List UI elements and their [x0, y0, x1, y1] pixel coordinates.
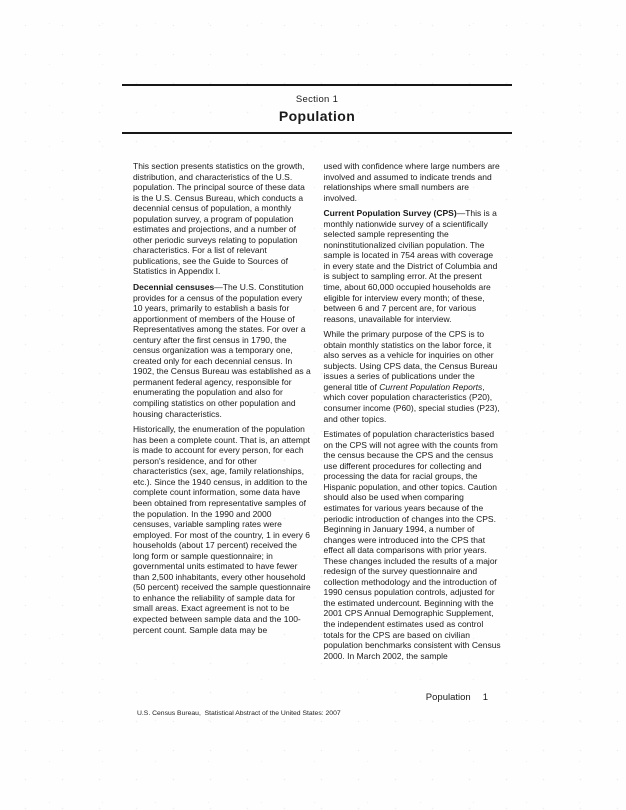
section-label: Section 1: [122, 95, 512, 105]
left-column: This section presents statistics on the …: [133, 161, 312, 661]
paragraph-text: —The U.S. Constitution provides for a ce…: [133, 282, 311, 419]
section-header: Section 1 Population: [122, 84, 512, 134]
paragraph-cps-purpose: While the primary purpose of the CPS is …: [324, 329, 503, 424]
paragraph-cps: Current Population Survey (CPS)—This is …: [324, 208, 503, 324]
page-title: Population: [122, 109, 512, 124]
running-footer: Population1: [380, 692, 488, 703]
paragraph-enumeration: Historically, the enumeration of the pop…: [133, 424, 312, 635]
paragraph-text: This section presents statistics on the …: [133, 161, 305, 276]
body-columns: This section presents statistics on the …: [133, 161, 502, 661]
paragraph-text: used with confidence where large numbers…: [324, 161, 500, 203]
paragraph-continuation: used with confidence where large numbers…: [324, 161, 503, 203]
paragraph-text: —This is a monthly nationwide survey of …: [324, 208, 498, 323]
term-decennial-censuses: Decennial censuses: [133, 282, 214, 292]
publication-title: Current Population Reports: [379, 382, 482, 392]
page-number: 1: [483, 692, 488, 703]
source-line: U.S. Census Bureau, Statistical Abstract…: [137, 710, 341, 718]
running-footer-title: Population: [426, 692, 471, 703]
right-column: used with confidence where large numbers…: [324, 161, 503, 661]
term-cps: Current Population Survey (CPS): [324, 208, 457, 218]
paragraph-estimates: Estimates of population characteristics …: [324, 429, 503, 661]
paragraph-text: Historically, the enumeration of the pop…: [133, 424, 311, 634]
paragraph-text: Estimates of population characteristics …: [324, 429, 501, 660]
paragraph-decennial-censuses: Decennial censuses—The U.S. Constitution…: [133, 282, 312, 419]
document-page: Section 1 Population This section presen…: [0, 0, 626, 810]
paragraph-intro: This section presents statistics on the …: [133, 161, 312, 277]
